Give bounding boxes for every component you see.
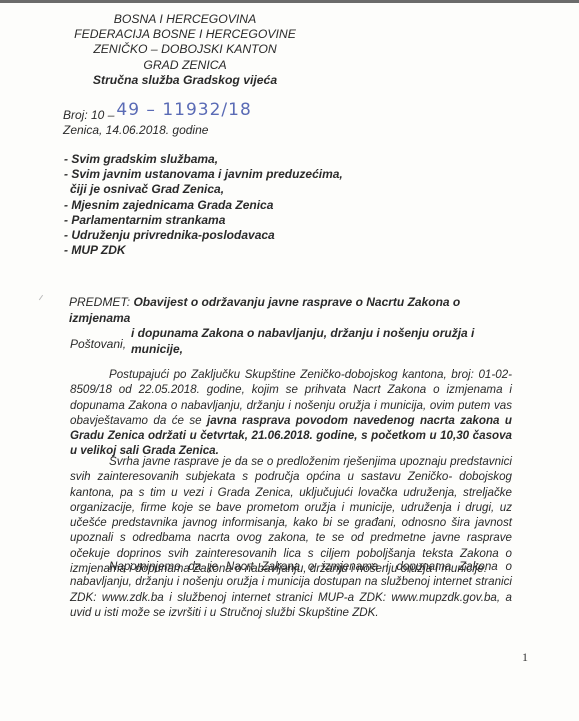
reference-number-label: Broj: 10 – [63,108,114,122]
reference-block: Broj: 10 –49 – 11932/18 Zenica, 14.06.20… [63,107,252,138]
letterhead: BOSNA I HERCEGOVINA FEDERACIJA BOSNE I H… [60,12,310,88]
document-page: BOSNA I HERCEGOVINA FEDERACIJA BOSNE I H… [0,0,579,721]
recipient-item: čiji je osnivač Grad Zenica, [64,182,343,197]
recipient-item: - Udruženju privrednika-poslodavaca [64,228,343,243]
paragraph-availability: Napominjemo da je Nacrt Zakona o izmjena… [70,559,512,620]
recipient-item: - Svim javnim ustanovama i javnim preduz… [64,167,343,182]
place-date: Zenica, 14.06.2018. godine [63,123,252,138]
letterhead-line: FEDERACIJA BOSNE I HERCEGOVINE [60,27,310,42]
letterhead-line: GRAD ZENICA [60,58,310,73]
letterhead-line: BOSNA I HERCEGOVINA [60,12,310,27]
recipient-item: - Parlamentarnim strankama [64,213,343,228]
recipient-item: - MUP ZDK [64,243,343,258]
subject-label: PREDMET: [69,295,130,309]
paragraph-announcement: Postupajući po Zaključku Skupštine Zenič… [70,367,512,459]
reference-number: Broj: 10 –49 – 11932/18 [63,107,252,123]
handwritten-number: 49 – 11932/18 [116,100,251,120]
recipient-item: - Mjesnim zajednicama Grada Zenica [64,198,343,213]
greeting: Poštovani, [70,337,126,351]
letterhead-line: ZENIČKO – DOBOJSKI KANTON [60,42,310,57]
recipient-list: - Svim gradskim službama, - Svim javnim … [64,152,343,258]
subject-block: PREDMET: Obavijest o održavanju javne ra… [69,295,509,357]
recipient-item: - Svim gradskim službama, [64,152,343,167]
subject-text-continued: i dopunama Zakona o nabavljanju, držanju… [69,326,509,357]
scan-mark [39,295,47,303]
department-name: Stručna služba Gradskog vijeća [60,73,310,88]
page-number: 1 [522,650,528,665]
